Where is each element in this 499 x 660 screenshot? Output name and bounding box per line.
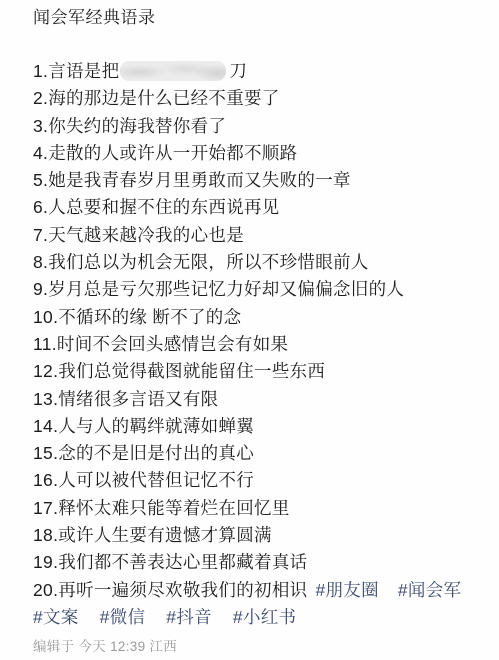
quote-line: 14.人与人的羁绊就薄如蝉翼 [33, 413, 485, 440]
moments-post: 闻会军经典语录 1.言语是把刀 2.海的那边是什么已经不重要了3.你失约的海我替… [0, 0, 499, 655]
hashtag-link[interactable]: #抖音 [166, 607, 212, 627]
quote-line: 4.走散的人或许从一开始都不顺路 [33, 140, 485, 167]
quote-list: 2.海的那边是什么已经不重要了3.你失约的海我替你看了4.走散的人或许从一开始都… [33, 85, 485, 576]
quote-line: 17.释怀太难只能等着烂在回忆里 [33, 495, 485, 522]
hashtag-link[interactable]: #小红书 [233, 607, 296, 627]
hashtag-row: #文案#微信#抖音#小红书 [33, 604, 485, 631]
quote-line-20: 20.再听一遍须尽欢敬我们的初相识#朋友圈#闻会军 [33, 577, 485, 604]
quote-line: 19.我们都不善表达心里都藏着真话 [33, 549, 485, 576]
quote-line: 7.天气越来越冷我的心也是 [33, 222, 485, 249]
quote-line: 8.我们总以为机会无限，所以不珍惜眼前人 [33, 249, 485, 276]
quote-line: 18.或许人生要有遗憾才算圆满 [33, 522, 485, 549]
quote-line: 13.情绪很多言语又有限 [33, 386, 485, 413]
quote-line-20-text: 20.再听一遍须尽欢敬我们的初相识 [33, 580, 307, 600]
quote-line: 5.她是我青春岁月里勇敢而又失败的一章 [33, 167, 485, 194]
quote-line: 6.人总要和握不住的东西说再见 [33, 194, 485, 221]
quote-line: 2.海的那边是什么已经不重要了 [33, 85, 485, 112]
quote-line: 16.人可以被代替但记忆不行 [33, 467, 485, 494]
quote-line: 3.你失约的海我替你看了 [33, 113, 485, 140]
hashtag-link[interactable]: #闻会军 [398, 580, 461, 600]
post-title: 闻会军经典语录 [33, 7, 485, 29]
quote-line-1-after: 刀 [229, 61, 247, 81]
hashtag-link[interactable]: #文案 [33, 607, 79, 627]
quote-line: 9.岁月总是亏欠那些记忆力好却又偏偏念旧的人 [33, 276, 485, 303]
quote-line: 11.时间不会回头感情岂会有如果 [33, 331, 485, 358]
quote-line-1-before: 1.言语是把 [33, 61, 119, 81]
quote-line: 15.念的不是旧是付出的真心 [33, 440, 485, 467]
hashtag-link[interactable]: #微信 [100, 607, 146, 627]
censored-text-patch [120, 61, 226, 81]
quote-line: 10.不循环的缘 断不了的念 [33, 304, 485, 331]
hashtag-link[interactable]: #朋友圈 [315, 580, 378, 600]
edit-timestamp: 编辑于 今天 12:39 江西 [33, 638, 485, 655]
quote-line: 12.我们总觉得截图就能留住一些东西 [33, 358, 485, 385]
quote-line-1: 1.言语是把刀 [33, 58, 485, 85]
